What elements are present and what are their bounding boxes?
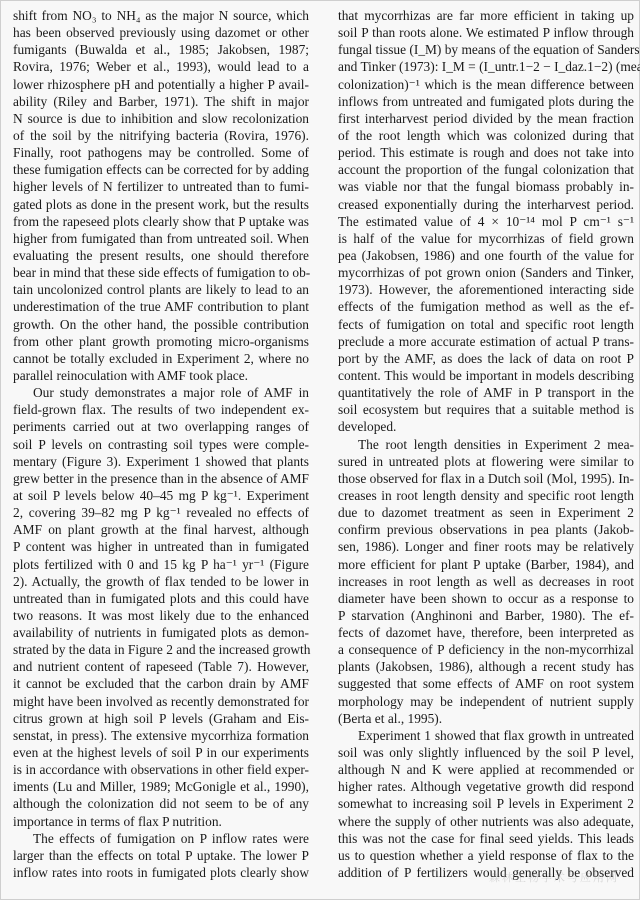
text-line: plots fertilized with 0 and 15 kg P ha⁻¹… — [13, 556, 309, 573]
text-line: was viable nor that the fungal biomass p… — [338, 178, 634, 195]
text-line: The effects of fumigation on P inflow ra… — [13, 830, 309, 847]
text-line: higher from fumigated than from untreate… — [13, 230, 309, 247]
text-line: from the rapeseed plots clearly show tha… — [13, 213, 309, 230]
text-line: creased exponentially during the interha… — [338, 196, 634, 213]
text-line: although N and K were applied at recomme… — [338, 761, 634, 778]
text-line: has been observed previously using dazom… — [13, 24, 309, 41]
text-line: effects of the fumigation method as well… — [338, 298, 634, 315]
text-line: senstat, in press). The extensive mycorr… — [13, 727, 309, 744]
text-line: even at the highest levels of soil P in … — [13, 744, 309, 761]
text-line: fungal tissue (I_M) by means of the equa… — [338, 41, 634, 58]
text-line: from other plant growth promoting micro-… — [13, 333, 309, 350]
text-line: sen, 1986). Longer and finer roots may b… — [338, 538, 634, 555]
text-line: fects of fumigation on total and specifi… — [338, 316, 634, 333]
text-line: larger than the effects on total P uptak… — [13, 847, 309, 864]
text-line: iments (Lu and Miller, 1989; McGonigle e… — [13, 778, 309, 795]
text-line: strated by the data in Figure 2 and the … — [13, 641, 309, 658]
text-line: might have been involved as recently dem… — [13, 693, 309, 710]
text-line: fumigants (Buwalda et al., 1985; Jakobse… — [13, 41, 309, 58]
text-line: that mycorrhizas are far more efficient … — [338, 7, 634, 24]
text-line: preclude a more accurate estimation of a… — [338, 333, 634, 350]
text-line: fects of dazomet have, therefore, been i… — [338, 624, 634, 641]
text-line: untreated than in fumigated plots and th… — [13, 590, 309, 607]
text-line: developed. — [338, 418, 634, 435]
text-line: content. This would be important in mode… — [338, 367, 634, 384]
text-line: somewhat to increasing soil P levels in … — [338, 795, 634, 812]
text-line: cannot be totally excluded in Experiment… — [13, 350, 309, 367]
text-line: these fumigation effects can be correcte… — [13, 161, 309, 178]
text-line: inflow rates into roots in fumigated plo… — [13, 864, 309, 881]
text-line: this was not the case for final seed yie… — [338, 830, 634, 847]
text-line: The root length densities in Experiment … — [338, 436, 634, 453]
text-line: importance in terms of flax P nutrition. — [13, 813, 309, 830]
text-line: diameter have been shown to occur as a r… — [338, 590, 634, 607]
text-line: and nutrient content of rapeseed (Table … — [13, 658, 309, 675]
text-line: of the soil by the nitrifying bacteria (… — [13, 127, 309, 144]
text-line: suggested that some effects of AMF on ro… — [338, 675, 634, 692]
text-line: us to question whether a yield response … — [338, 847, 634, 864]
text-line: is half of the value for mycorrhizas of … — [338, 230, 634, 247]
text-line: two reasons. It was most likely due to t… — [13, 607, 309, 624]
text-line: although the colonization did not seem t… — [13, 795, 309, 812]
text-line: tain uncolonized control plants are like… — [13, 281, 309, 298]
text-line: due to dazomet treatment as seen in Expe… — [338, 504, 634, 521]
text-line: plants (Jakobsen, 1986), although a rece… — [338, 658, 634, 675]
text-line: availability of nutrients in fumigated p… — [13, 624, 309, 641]
text-line: soil ecosystem but requires that a suita… — [338, 401, 634, 418]
text-line: N source is due to inhibition and slow r… — [13, 110, 309, 127]
text-line: inflows from untreated and fumigated plo… — [338, 93, 634, 110]
text-line: P content was higher in untreated than i… — [13, 538, 309, 555]
text-line: 1973). However, the aforementioned inter… — [338, 281, 634, 298]
text-line: AMF on plant growth at the final harvest… — [13, 521, 309, 538]
text-line: gated plots as done in the present work,… — [13, 196, 309, 213]
text-line: (Berta et al., 1995). — [338, 710, 634, 727]
text-line: it cannot be excluded that the carbon dr… — [13, 675, 309, 692]
text-line: Rovira, 1976; Weber et al., 1993), would… — [13, 58, 309, 75]
text-line: a consequence of P deficiency in the non… — [338, 641, 634, 658]
text-line: soil P than roots alone. We estimated P … — [338, 24, 634, 41]
text-line: where the supply of other nutrients was … — [338, 813, 634, 830]
text-line: ability (Riley and Barber, 1971). The sh… — [13, 93, 309, 110]
text-line: first interharvest period divided by the… — [338, 110, 634, 127]
text-line: mycorrhizas of pot grown onion (Sanders … — [338, 264, 634, 281]
text-line: bear in mind that these side effects of … — [13, 264, 309, 281]
paper-page: shift from NO₃ to NH₄ as the major N sou… — [0, 0, 640, 900]
text-line: confirm previous observations in pea pla… — [338, 521, 634, 538]
text-line: of the root length which was colonized d… — [338, 127, 634, 144]
text-line: those observed for flax in a Dutch soil … — [338, 470, 634, 487]
text-line: citrus grown at high soil P levels (Grah… — [13, 710, 309, 727]
text-line: Experiment 1 showed that flax growth in … — [338, 727, 634, 744]
watermark: 森林生物学术与应用网 — [489, 869, 619, 885]
text-line: increases in root length as well as decr… — [338, 573, 634, 590]
text-line: more efficient for plant P uptake (Barbe… — [338, 556, 634, 573]
text-line: periments carried out at two overlapping… — [13, 418, 309, 435]
text-line: and Tinker (1973): I_M = (I_untr.1−2 − I… — [338, 58, 634, 75]
text-line: at soil P levels below 40–45 mg P kg⁻¹. … — [13, 487, 309, 504]
text-line: quantitatively the role of AMF in P tran… — [338, 384, 634, 401]
left-text-column: shift from NO₃ to NH₄ as the major N sou… — [13, 7, 309, 881]
text-line: field-grown flax. The results of two ind… — [13, 401, 309, 418]
text-line: higher levels of N fertilizer to untreat… — [13, 178, 309, 195]
text-line: 2, covering 39–82 mg P kg⁻¹ revealed no … — [13, 504, 309, 521]
text-line: is in accordance with observations in ot… — [13, 761, 309, 778]
text-line: colonization)⁻¹ which is the mean differ… — [338, 76, 634, 93]
text-line: growth. On the other hand, the possible … — [13, 316, 309, 333]
right-text-column: that mycorrhizas are far more efficient … — [338, 7, 634, 881]
text-line: higher rates. Although vegetative growth… — [338, 778, 634, 795]
text-line: 2). Actually, the growth of flax tended … — [13, 573, 309, 590]
text-line: morphology may be independent of nutrien… — [338, 693, 634, 710]
text-line: account the proportion of the fungal col… — [338, 161, 634, 178]
text-line: lower rhizosphere pH and potentially a h… — [13, 76, 309, 93]
text-line: P starvation (Anghinoni and Barber, 1980… — [338, 607, 634, 624]
text-line: period. This estimate is rough and does … — [338, 144, 634, 161]
text-line: sured in untreated plots at flowering we… — [338, 453, 634, 470]
text-line: The estimated value of 4 × 10⁻¹⁴ mol P c… — [338, 213, 634, 230]
text-line: creases in root length density and speci… — [338, 487, 634, 504]
text-line: Our study demonstrates a major role of A… — [13, 384, 309, 401]
text-line: evaluating the present results, one shou… — [13, 247, 309, 264]
text-line: port by the AMF, as does the lack of dat… — [338, 350, 634, 367]
text-line: soil was only slightly influenced by the… — [338, 744, 634, 761]
text-line: mentary (Figure 3). Experiment 1 showed … — [13, 453, 309, 470]
text-line: soil P levels on contrasting soil types … — [13, 436, 309, 453]
text-line: grew better in the presence than in the … — [13, 470, 309, 487]
text-line: shift from NO₃ to NH₄ as the major N sou… — [13, 7, 309, 24]
text-line: pea (Jakobsen, 1986) and one fourth of t… — [338, 247, 634, 264]
text-line: Finally, root pathogens may be controlle… — [13, 144, 309, 161]
text-line: parallel reinoculation with AMF took pla… — [13, 367, 309, 384]
text-line: underestimation of the true AMF contribu… — [13, 298, 309, 315]
